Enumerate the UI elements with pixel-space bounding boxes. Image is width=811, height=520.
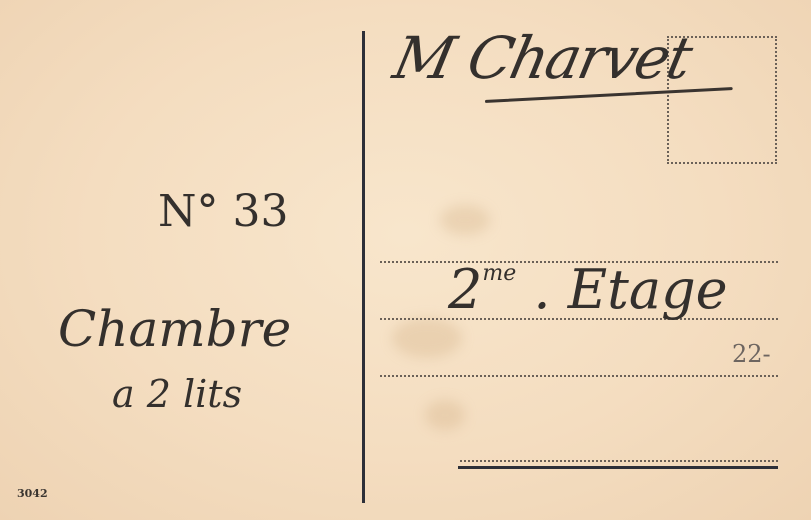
room-type: Chambre [58, 300, 291, 358]
center-divider-line [362, 31, 365, 503]
address-line-3 [380, 375, 778, 377]
price-note: 22- [732, 340, 771, 368]
paper-stain [425, 400, 465, 430]
address-solid-line [458, 466, 778, 469]
paper-stain [440, 205, 490, 235]
address-line-4 [460, 460, 778, 462]
floor-text: 2me . Etage [448, 258, 728, 321]
beds-count: a 2 lits [112, 372, 242, 416]
postcard-back: M Charvet 2me . Etage 22- N° 33 Chambre … [0, 0, 811, 520]
addressee-name: M Charvet [388, 24, 697, 92]
floor-number: 2 [448, 258, 482, 321]
paper-stain [392, 318, 462, 358]
print-number: 3042 [17, 487, 48, 500]
floor-word: . Etage [533, 258, 727, 321]
floor-suffix: me [482, 261, 516, 286]
room-number: N° 33 [158, 186, 288, 237]
